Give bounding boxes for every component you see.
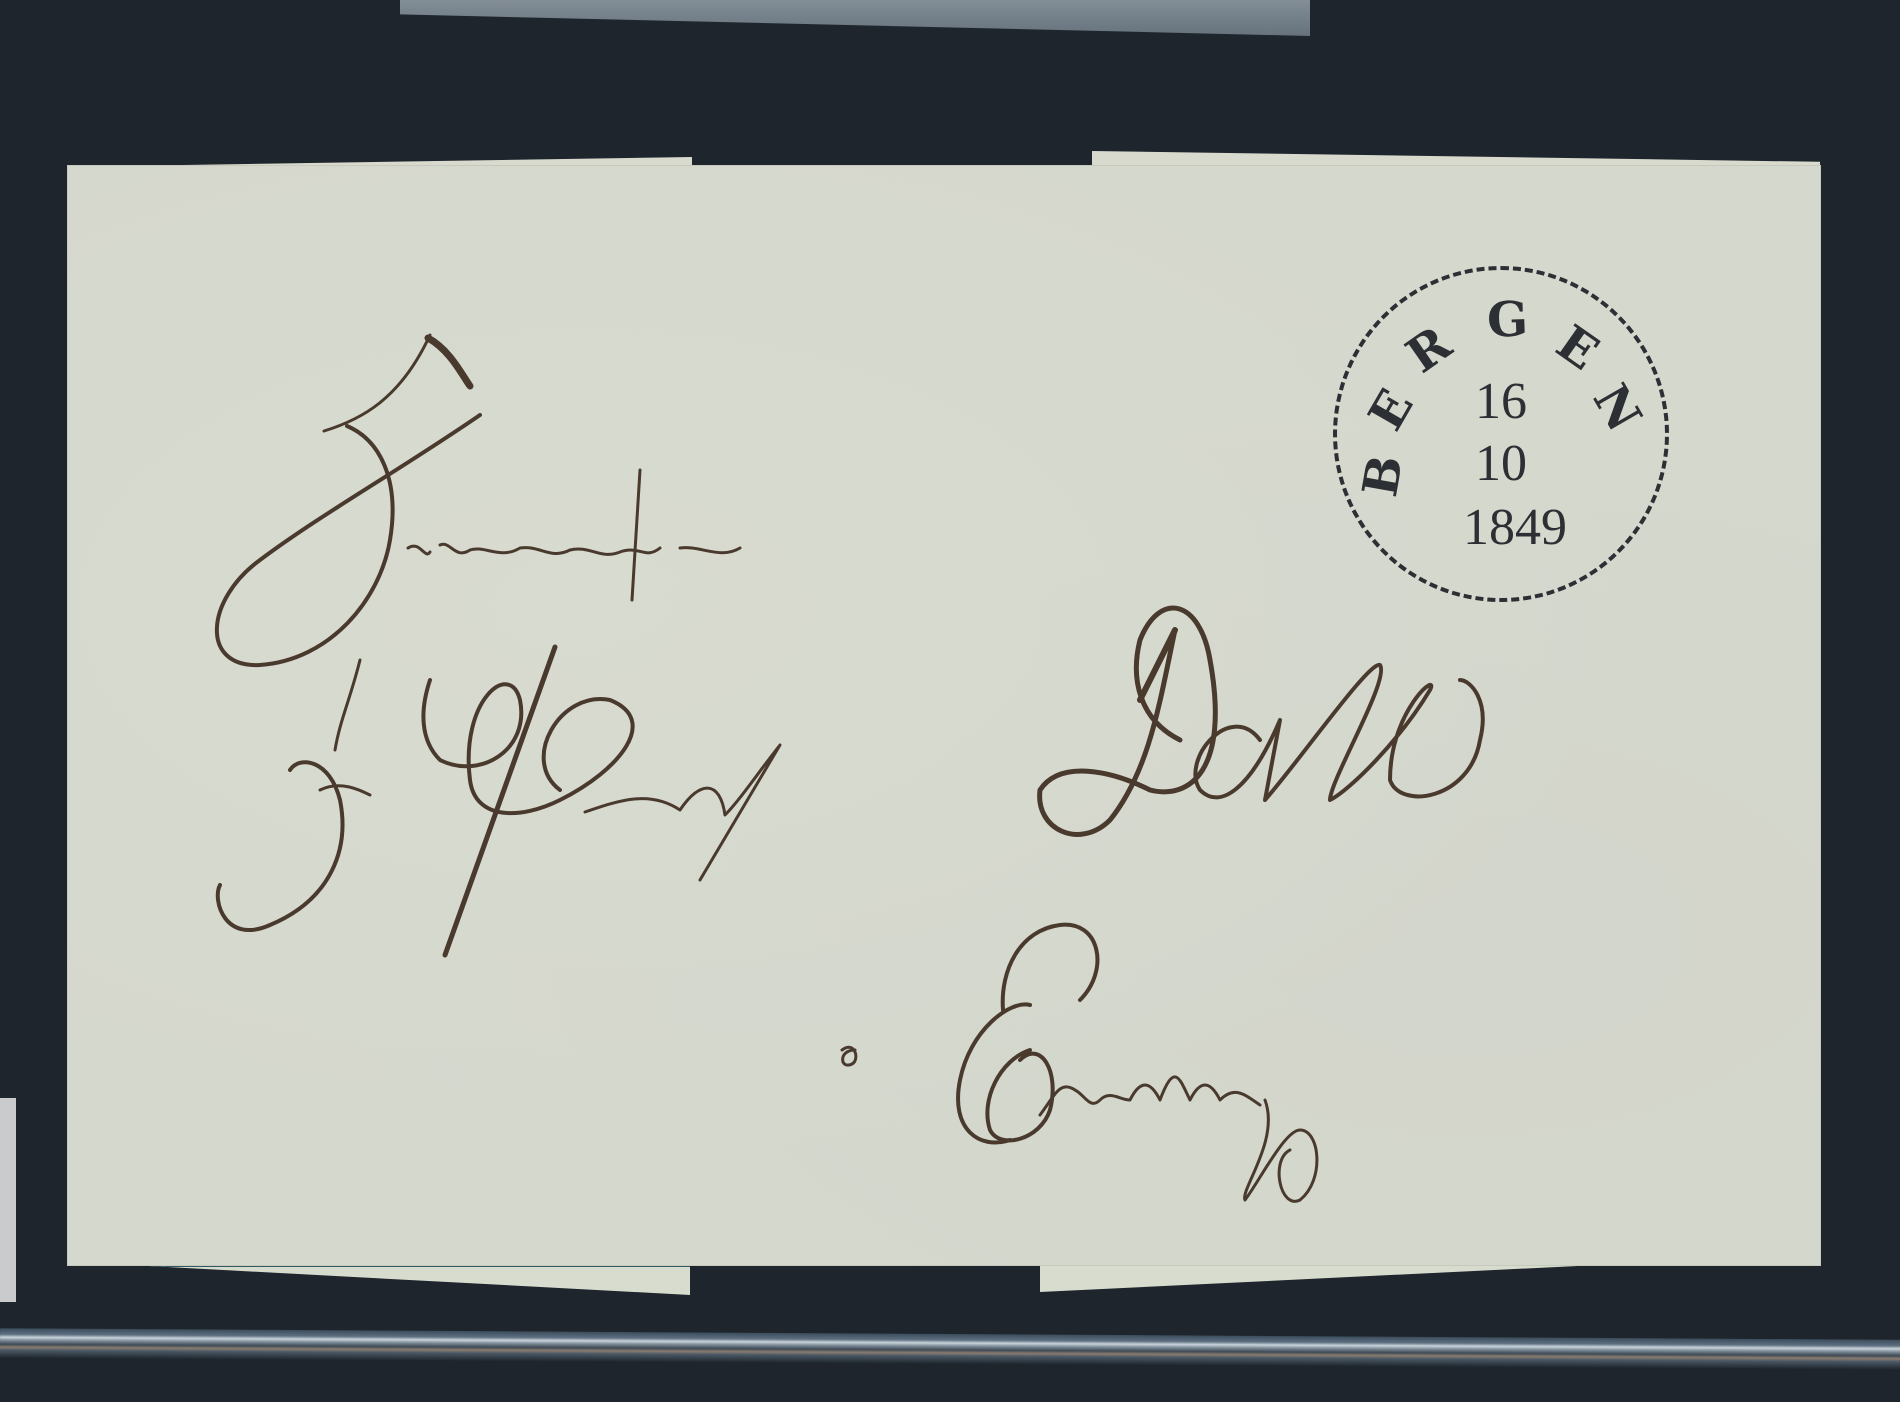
postmark-month: 10 xyxy=(1337,438,1665,490)
handwriting-strokes xyxy=(0,0,1900,1402)
bergen-postmark: B E R G E N 16 10 1849 xyxy=(1333,266,1669,602)
postmark-year: 1849 xyxy=(1337,502,1679,554)
postmark-letter: R xyxy=(1397,316,1462,385)
postmark-letter: E xyxy=(1546,315,1608,382)
postmark-letter: G xyxy=(1486,291,1529,348)
postmark-day: 16 xyxy=(1337,376,1665,428)
